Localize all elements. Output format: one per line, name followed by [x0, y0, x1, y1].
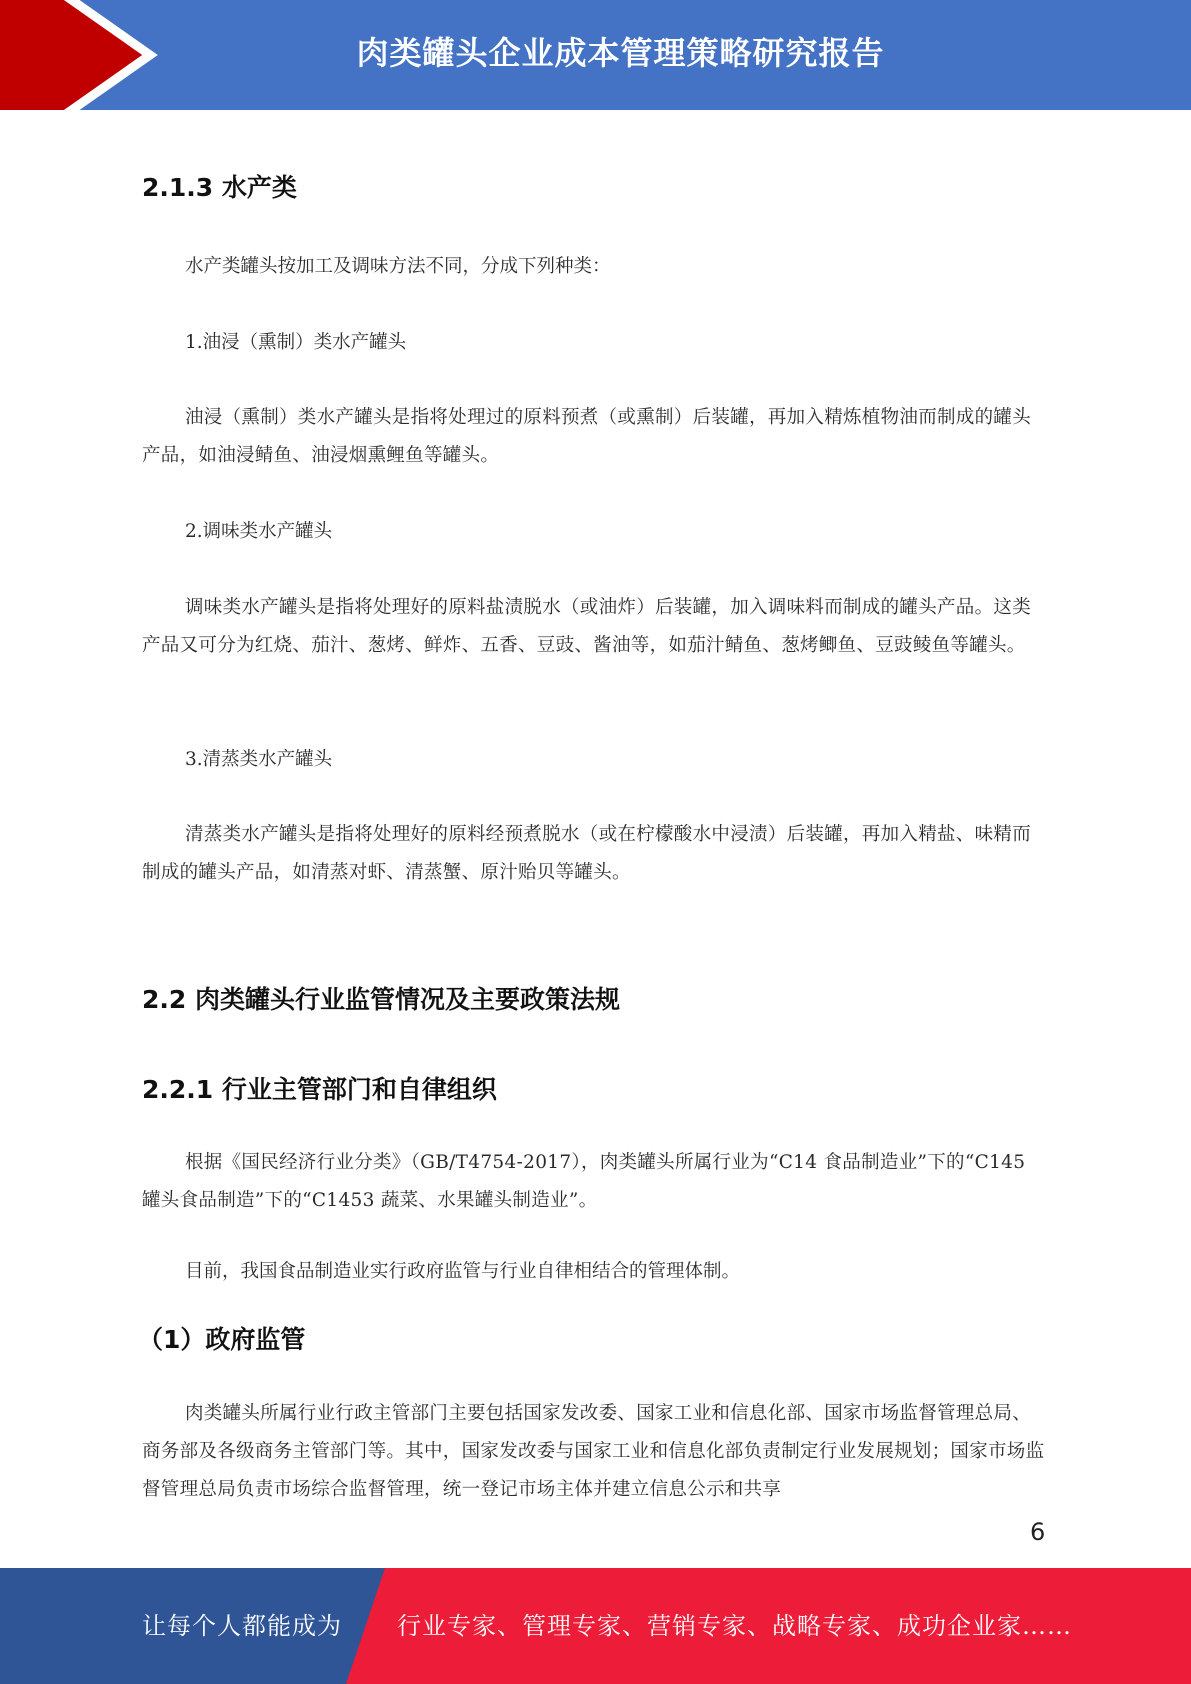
footer-slogan-left: 让每个人都能成为 — [142, 1568, 342, 1684]
heading-gov-supervision: （1）政府监管 — [138, 1320, 305, 1356]
classification-paragraph: 根据《国民经济行业分类》（GB/T4754-2017），肉类罐头所属行业为“C1… — [142, 1144, 1047, 1220]
heading-2-2: 2.2 肉类罐头行业监管情况及主要政策法规 — [142, 980, 620, 1016]
page-footer: 让每个人都能成为 行业专家、管理专家、营销专家、战略专家、成功企业家…… — [0, 1568, 1191, 1684]
document-title: 肉类罐头企业成本管理策略研究报告 — [240, 0, 1191, 110]
footer-slogan-right: 行业专家、管理专家、营销专家、战略专家、成功企业家…… — [397, 1568, 1072, 1684]
list-item-desc-2: 调味类水产罐头是指将处理好的原料盐渍脱水（或油炸）后装罐，加入调味料而制成的罐头… — [142, 589, 1047, 665]
list-item-desc-1: 油浸（熏制）类水产罐头是指将处理过的原料预煮（或熏制）后装罐，再加入精炼植物油而… — [142, 399, 1047, 475]
management-system-paragraph: 目前，我国食品制造业实行政府监管与行业自律相结合的管理体制。 — [185, 1253, 740, 1291]
document-title-text: 肉类罐头企业成本管理策略研究报告 — [356, 0, 884, 106]
list-item-title-3: 3.清蒸类水产罐头 — [185, 741, 332, 779]
heading-2-2-1: 2.2.1 行业主管部门和自律组织 — [142, 1070, 497, 1106]
intro-paragraph: 水产类罐头按加工及调味方法不同，分成下列种类： — [185, 248, 611, 286]
list-item-title-1: 1.油浸（熏制）类水产罐头 — [185, 324, 406, 362]
gov-supervision-paragraph: 肉类罐头所属行业行政主管部门主要包括国家发改委、国家工业和信息化部、国家市场监督… — [142, 1395, 1047, 1509]
page-header: 肉类罐头企业成本管理策略研究报告 — [0, 0, 1191, 110]
list-item-title-2: 2.调味类水产罐头 — [185, 513, 332, 551]
list-item-desc-3: 清蒸类水产罐头是指将处理好的原料经预煮脱水（或在柠檬酸水中浸渍）后装罐，再加入精… — [142, 816, 1047, 892]
heading-2-1-3: 2.1.3 水产类 — [142, 168, 297, 204]
page-number: 6 — [1030, 1518, 1045, 1546]
header-chevron-decoration — [0, 0, 200, 110]
